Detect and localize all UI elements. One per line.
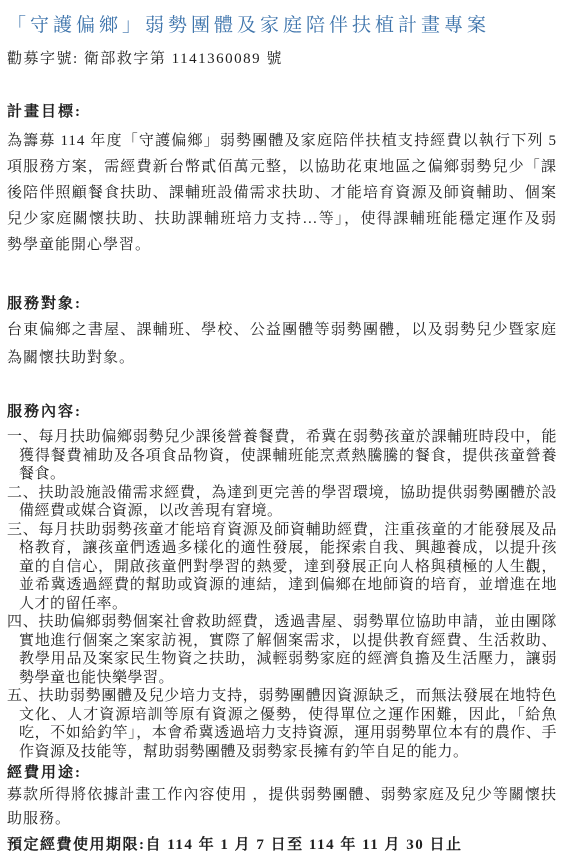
fundraising-permit-number: 勸募字號: 衛部救字第 1141360089 號 <box>7 48 557 70</box>
document-title: 「守護偏鄉」弱勢團體及家庭陪伴扶植計畫專案 <box>7 12 557 40</box>
funding-use-heading: 經費用途: <box>7 763 557 783</box>
budget-period-value: 自 114 年 1 月 7 日至 114 年 11 月 30 日止 <box>146 837 463 853</box>
service-item-3: 三、每月扶助弱勢孩童才能培育資源及師資輔助經費，注重孩童的才能發展及品格教育，讓… <box>7 521 557 614</box>
service-item-2-text: 扶助設施設備需求經費，為達到更完善的學習環境，協助提供弱勢團體於設備經費或媒合資… <box>19 485 557 520</box>
service-item-4: 四、扶助偏鄉弱勢個案社會救助經費，透過書屋、弱勢單位協助申請，並由團隊實地進行個… <box>7 613 557 687</box>
budget-period-line: 預定經費使用期限:自 114 年 1 月 7 日至 114 年 11 月 30 … <box>7 835 557 855</box>
service-item-5-number: 五、 <box>7 688 38 704</box>
service-item-1-text: 每月扶助偏鄉弱勢兒少課後營養餐費，希冀在弱勢孩童於課輔班時段中，能獲得餐費補助及… <box>19 429 557 482</box>
funding-use-text: 募款所得將依據計畫工作內容使用 ，提供弱勢團體、弱勢家庭及兒少等關懷扶助服務。 <box>7 783 557 831</box>
service-item-3-text: 每月扶助弱勢孩童才能培育資源及師資輔助經費，注重孩童的才能發展及品格教育，讓孩童… <box>19 522 557 612</box>
document-page: 「守護偏鄉」弱勢團體及家庭陪伴扶植計畫專案 勸募字號: 衛部救字第 114136… <box>0 0 567 860</box>
service-item-1: 一、每月扶助偏鄉弱勢兒少課後營養餐費，希冀在弱勢孩童於課輔班時段中，能獲得餐費補… <box>7 428 557 484</box>
service-item-2: 二、扶助設施設備需求經費，為達到更完善的學習環境，協助提供弱勢團體於設備經費或媒… <box>7 484 557 521</box>
service-item-5: 五、扶助弱勢團體及兒少培力支持，弱勢團體因資源缺乏，而無法發展在地特色文化、人才… <box>7 687 557 761</box>
service-content-heading: 服務內容: <box>7 402 557 422</box>
service-item-1-number: 一、 <box>7 429 38 445</box>
service-item-4-number: 四、 <box>7 614 38 630</box>
service-item-5-text: 扶助弱勢團體及兒少培力支持，弱勢團體因資源缺乏，而無法發展在地特色文化、人才資源… <box>19 688 557 760</box>
service-item-2-number: 二、 <box>7 485 38 501</box>
plan-goal-heading: 計畫目標: <box>7 102 557 122</box>
budget-period-label: 預定經費使用期限: <box>7 837 146 853</box>
service-target-text: 台東偏鄉之書屋、課輔班、學校、公益團體等弱勢團體，以及弱勢兒少暨家庭為關懷扶助對… <box>7 316 557 372</box>
service-item-4-text: 扶助偏鄉弱勢個案社會救助經費，透過書屋、弱勢單位協助申請，並由團隊實地進行個案之… <box>19 614 557 686</box>
service-item-3-number: 三、 <box>7 522 38 538</box>
service-target-heading: 服務對象: <box>7 294 557 314</box>
plan-goal-text: 為籌募 114 年度「守護偏鄉」弱勢團體及家庭陪伴扶植支持經費以執行下列 5 項… <box>7 128 557 258</box>
service-content-list: 一、每月扶助偏鄉弱勢兒少課後營養餐費，希冀在弱勢孩童於課輔班時段中，能獲得餐費補… <box>7 428 557 761</box>
